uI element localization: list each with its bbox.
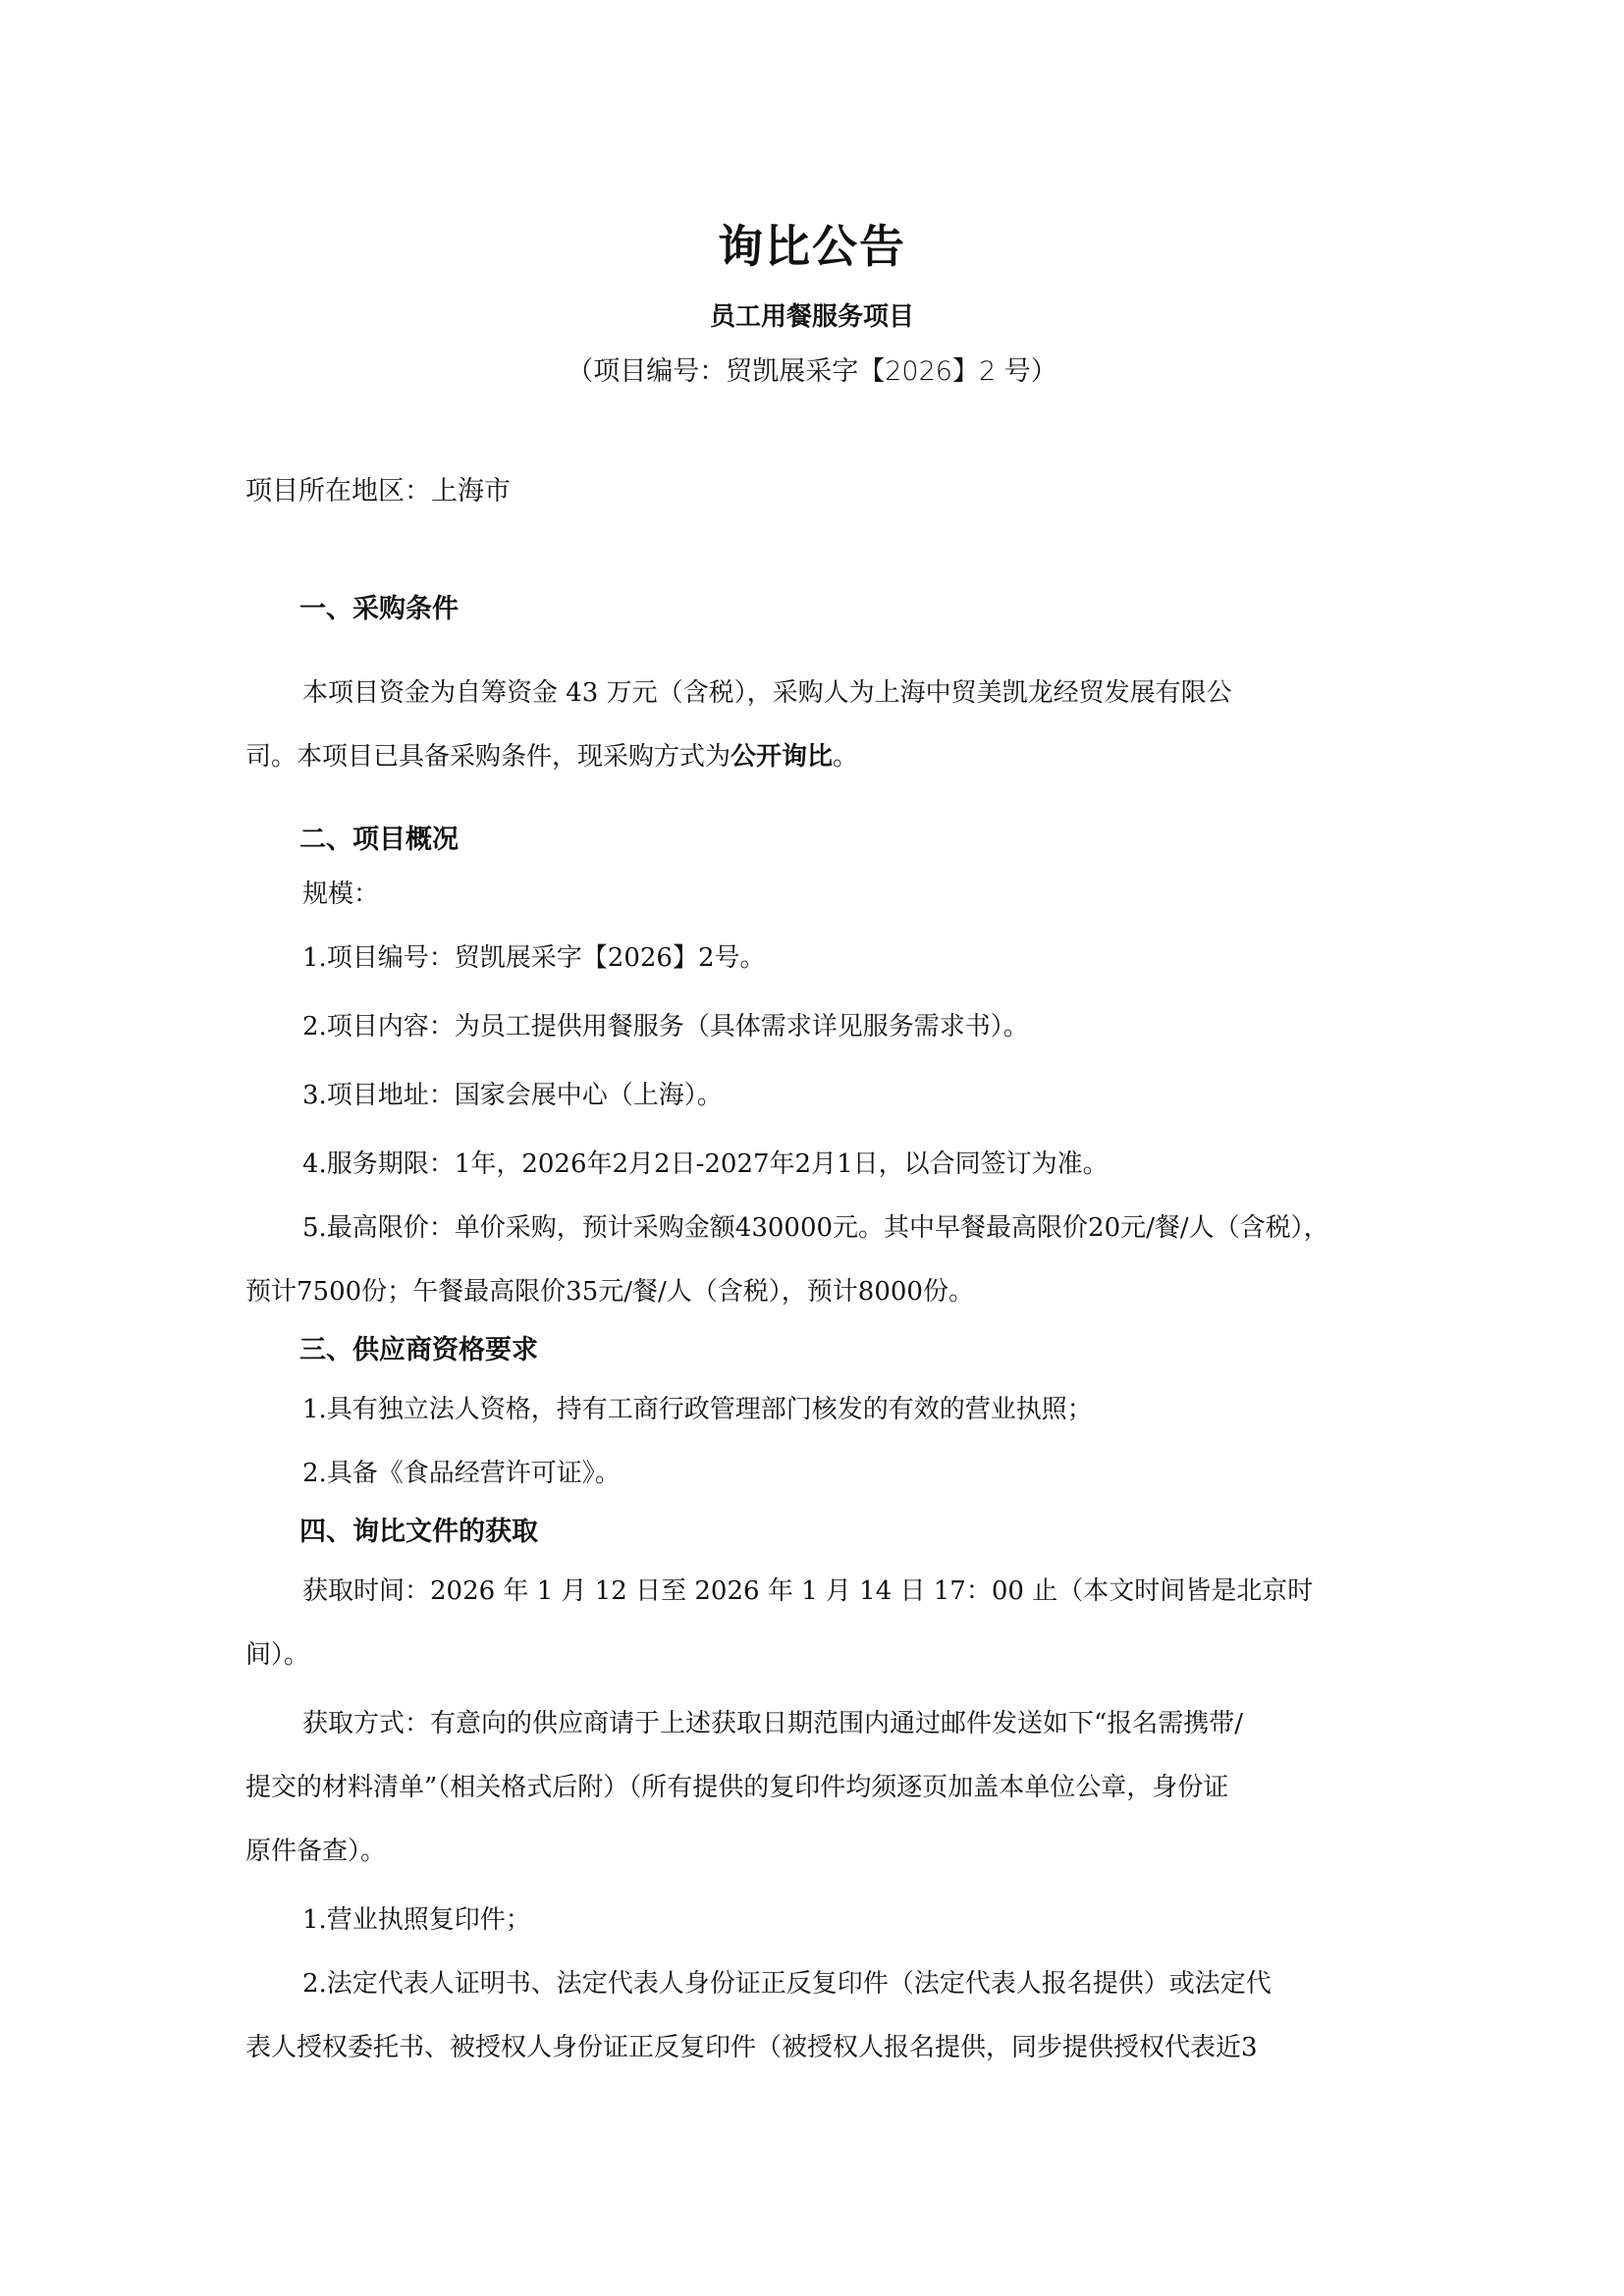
acquisition-method: 获取方式：有意向的供应商请于上述获取日期范围内通过邮件发送如下“报名需携带/ [302,1711,1243,1736]
list-item: 5.最高限价：单价采购，预计采购金额430000元。其中早餐最高限价20元/餐/… [302,1215,1329,1241]
section-heading-procurement-conditions: 一、采购条件 [299,587,459,625]
list-item: 2.项目内容：为员工提供用餐服务（具体需求详见服务需求书）。 [302,1014,1029,1040]
project-region: 项目所在地区：上海市 [245,469,511,507]
page-title: 询比公告 [0,211,1624,276]
section-heading-document-acquisition: 四、询比文件的获取 [299,1510,538,1548]
acquisition-time-continued: 间）。 [245,1642,309,1668]
list-item: 3.项目地址：国家会展中心（上海）。 [302,1083,723,1108]
acquisition-time: 获取时间：2026 年 1 月 12 日至 2026 年 1 月 14 日 17… [302,1578,1313,1604]
section-heading-project-overview: 二、项目概况 [299,818,459,856]
acquisition-method-continued: 原件备查）。 [245,1839,386,1864]
project-name: 员工用餐服务项目 [0,296,1624,333]
paragraph-text: 。 [833,742,858,772]
list-item: 1.具有独立法人资格，持有工商行政管理部门核发的有效的营业执照； [302,1397,1093,1422]
list-item: 1.营业执照复印件； [302,1907,531,1933]
list-item: 2.法定代表人证明书、法定代表人身份证正反复印件（法定代表人报名提供）或法定代 [302,1971,1272,1997]
document-page: 询比公告 员工用餐服务项目 （项目编号：贸凯展采字【2026】2 号） 项目所在… [0,0,1624,2296]
paragraph-funding-continued: 司。本项目已具备采购条件，现采购方式为公开询比。 [245,744,858,770]
list-item: 1.项目编号：贸凯展采字【2026】2号。 [302,945,766,971]
procurement-method: 公开询比 [731,742,833,772]
project-number: （项目编号：贸凯展采字【2026】2 号） [0,349,1624,388]
list-item: 2.具备《食品经营许可证》。 [302,1461,621,1486]
list-item-continued: 表人授权委托书、被授权人身份证正反复印件（被授权人报名提供，同步提供授权代表近3 [245,2035,1258,2060]
paragraph-text: 司。本项目已具备采购条件，现采购方式为 [245,742,731,772]
scale-label: 规模： [302,881,379,907]
list-item: 4.服务期限：1年，2026年2月2日-2027年2月1日，以合同签订为准。 [302,1151,1109,1177]
paragraph-funding: 本项目资金为自筹资金 43 万元（含税），采购人为上海中贸美凯龙经贸发展有限公 [302,680,1232,706]
list-item-continued: 预计7500份；午餐最高限价35元/餐/人（含税），预计8000份。 [245,1279,974,1305]
section-heading-supplier-qualifications: 三、供应商资格要求 [299,1328,538,1366]
acquisition-method-continued: 提交的材料清单”（相关格式后附）（所有提供的复印件均须逐页加盖本单位公章，身份证 [245,1775,1228,1800]
